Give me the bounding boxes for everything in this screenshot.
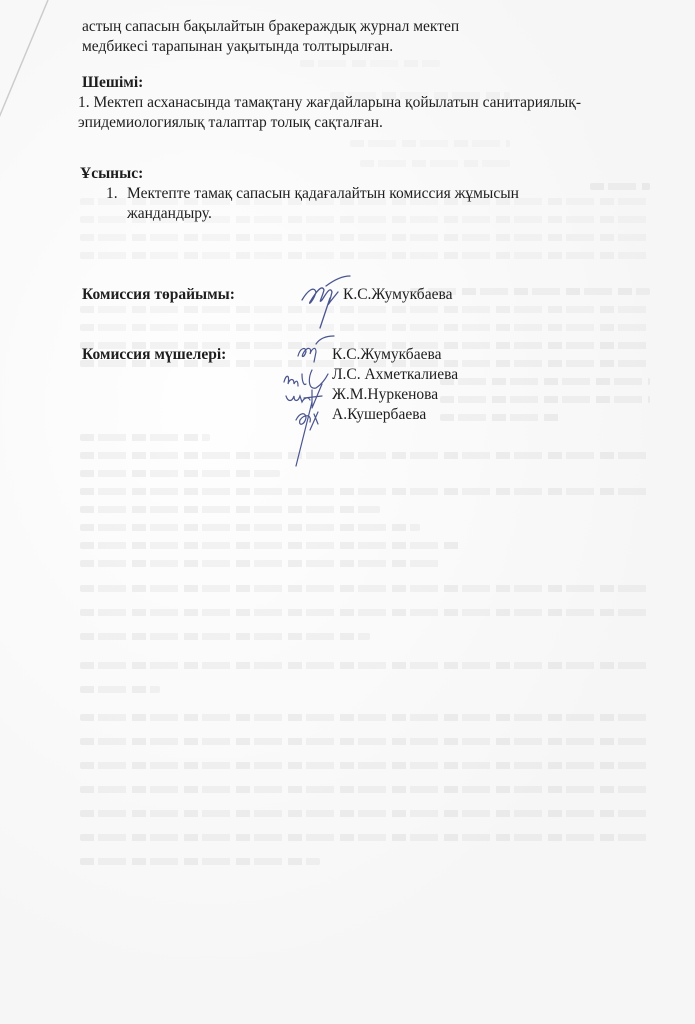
recommendation-item-number: 1.: [106, 185, 118, 202]
intro-line-1: астың сапасын бақылайтын бракераждық жур…: [82, 18, 459, 35]
members-signatures-icon: [282, 334, 336, 474]
recommendation-item-line-2: жандандыру.: [127, 205, 212, 222]
intro-line-2: медбикесі тарапынан уақытында толтырылға…: [82, 38, 393, 55]
paper-fold-shadow: [0, 0, 80, 120]
members-label: Комиссия мүшелері:: [82, 346, 226, 363]
member-name-1: К.С.Жумукбаева: [332, 346, 441, 363]
member-name-3: Ж.М.Нуркенова: [332, 386, 438, 403]
decision-item-line-2: эпидемиологиялық талаптар толық сақталға…: [78, 114, 383, 131]
member-name-2: Л.С. Ахметкалиева: [332, 366, 458, 383]
chair-label: Комиссия төрайымы:: [82, 286, 235, 303]
scanned-page: астың сапасын бақылайтын бракераждық жур…: [0, 0, 695, 1024]
decision-item-line-1: 1. Мектеп асханасында тамақтану жағдайла…: [78, 94, 581, 111]
chair-name: К.С.Жумукбаева: [343, 286, 452, 303]
decision-heading: Шешімі:: [82, 74, 143, 91]
recommendation-heading: Ұсыныс:: [80, 165, 143, 182]
member-name-4: А.Кушербаева: [332, 406, 426, 423]
reverse-side-bleed-through: [0, 0, 695, 1024]
recommendation-item-line-1: Мектепте тамақ сапасын қадағалайтын коми…: [127, 185, 519, 202]
